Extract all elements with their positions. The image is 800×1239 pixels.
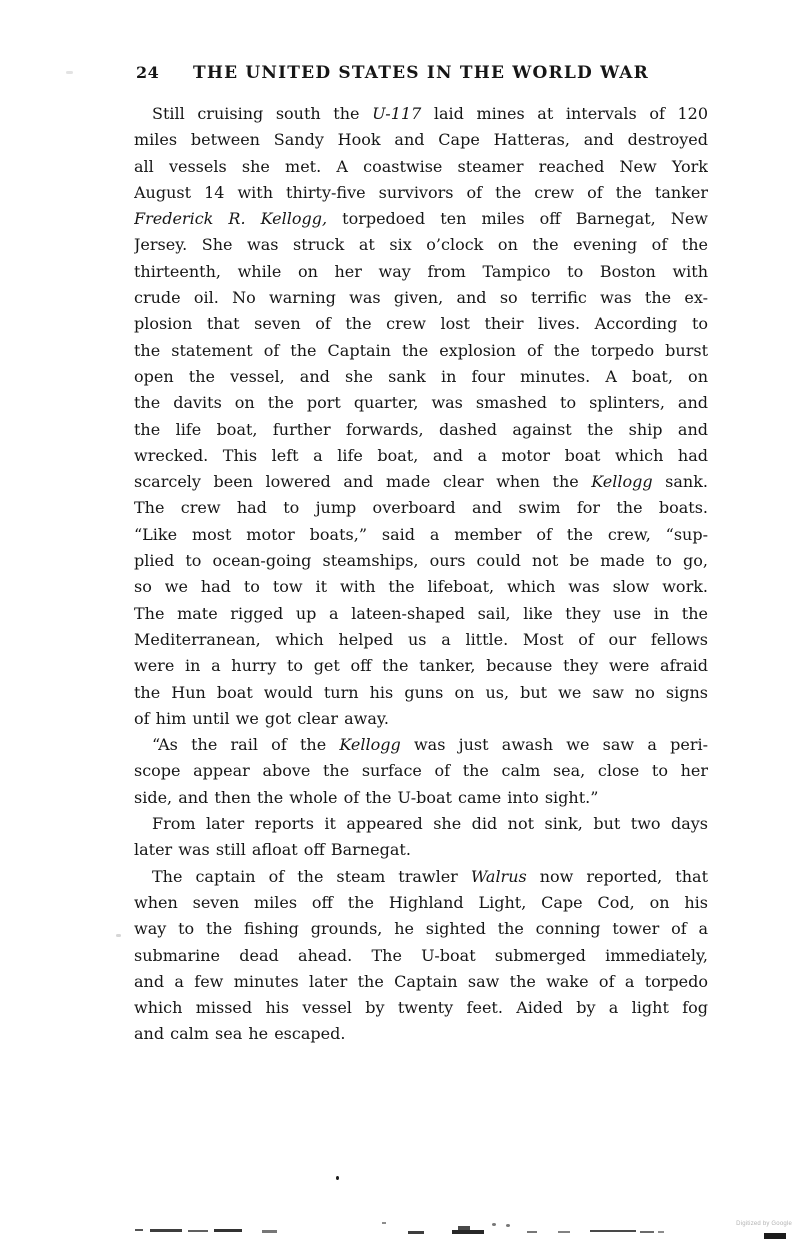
text-line: the statement of the Captain the explosi… bbox=[134, 338, 708, 364]
text-line: plied to ocean-going steamships, ours co… bbox=[134, 548, 708, 574]
text-line: open the vessel, and she sank in four mi… bbox=[134, 364, 708, 390]
scan-smudge bbox=[640, 1231, 654, 1233]
text-line: The captain of the steam trawler Walrus … bbox=[134, 864, 708, 890]
text-line: The crew had to jump overboard and swim … bbox=[134, 495, 708, 521]
text-line: way to the fishing grounds, he sighted t… bbox=[134, 916, 708, 942]
text-line: later was still afloat off Barnegat. bbox=[134, 837, 708, 863]
text-line: thirteenth, while on her way from Tampic… bbox=[134, 259, 708, 285]
scan-smudge bbox=[135, 1229, 143, 1231]
page-number: 24 bbox=[136, 62, 159, 84]
text-line: were in a hurry to get off the tanker, b… bbox=[134, 653, 708, 679]
scan-smudge bbox=[188, 1230, 208, 1232]
scan-smudge bbox=[558, 1231, 570, 1233]
page-title: THE UNITED STATES IN THE WORLD WAR bbox=[134, 62, 708, 84]
text-line: and calm sea he escaped. bbox=[134, 1021, 708, 1047]
text-line: all vessels she met. A coastwise steamer… bbox=[134, 154, 708, 180]
paragraph: Still cruising south the U-117 laid mine… bbox=[134, 101, 708, 732]
text-line: which missed his vessel by twenty feet. … bbox=[134, 995, 708, 1021]
scan-smudge bbox=[408, 1231, 424, 1234]
text-line: Jersey. She was struck at six o’clock on… bbox=[134, 232, 708, 258]
text-line: and a few minutes later the Captain saw … bbox=[134, 969, 708, 995]
running-header: 24 THE UNITED STATES IN THE WORLD WAR bbox=[134, 62, 708, 84]
page-body: Still cruising south the U-117 laid mine… bbox=[134, 101, 708, 1048]
text-line: wrecked. This left a life boat, and a mo… bbox=[134, 443, 708, 469]
text-line: when seven miles off the Highland Light,… bbox=[134, 890, 708, 916]
text-line: The mate rigged up a lateen-shaped sail,… bbox=[134, 601, 708, 627]
scan-smudge bbox=[382, 1222, 386, 1224]
scan-smudge bbox=[150, 1229, 182, 1232]
scanned-book-page: 24 THE UNITED STATES IN THE WORLD WAR St… bbox=[0, 0, 800, 1239]
text-line: submarine dead ahead. The U-boat submerg… bbox=[134, 943, 708, 969]
scan-smudge bbox=[506, 1224, 510, 1227]
text-line: Still cruising south the U-117 laid mine… bbox=[134, 101, 708, 127]
scan-smudge bbox=[214, 1229, 242, 1232]
text-line: the Hun boat would turn his guns on us, … bbox=[134, 680, 708, 706]
scan-smudge bbox=[658, 1231, 664, 1233]
text-line: “As the rail of the Kellogg was just awa… bbox=[134, 732, 708, 758]
scan-smudge bbox=[590, 1230, 636, 1232]
text-line: the davits on the port quarter, was smas… bbox=[134, 390, 708, 416]
text-line: plosion that seven of the crew lost thei… bbox=[134, 311, 708, 337]
scan-smudge bbox=[492, 1223, 496, 1226]
paragraph: The captain of the steam trawler Walrus … bbox=[134, 864, 708, 1048]
text-line: the life boat, further forwards, dashed … bbox=[134, 417, 708, 443]
scan-smudge bbox=[262, 1230, 277, 1233]
text-line: side, and then the whole of the U-boat c… bbox=[134, 785, 708, 811]
text-line: Frederick R. Kellogg, torpedoed ten mile… bbox=[134, 206, 708, 232]
scan-smudge bbox=[452, 1230, 484, 1234]
text-line: miles between Sandy Hook and Cape Hatter… bbox=[134, 127, 708, 153]
ink-speck bbox=[66, 71, 73, 74]
corner-scan-block bbox=[764, 1233, 786, 1239]
text-line: so we had to tow it with the lifeboat, w… bbox=[134, 574, 708, 600]
paragraph: From later reports it appeared she did n… bbox=[134, 811, 708, 864]
text-line: August 14 with thirty-five survivors of … bbox=[134, 180, 708, 206]
text-line: Mediterranean, which helped us a little.… bbox=[134, 627, 708, 653]
scan-smudge bbox=[527, 1231, 537, 1233]
ink-speck bbox=[116, 934, 121, 937]
text-line: From later reports it appeared she did n… bbox=[134, 811, 708, 837]
text-line: scope appear above the surface of the ca… bbox=[134, 758, 708, 784]
text-line: of him until we got clear away. bbox=[134, 706, 708, 732]
paragraph: “As the rail of the Kellogg was just awa… bbox=[134, 732, 708, 811]
stray-dot-mark bbox=[336, 1176, 339, 1180]
text-line: crude oil. No warning was given, and so … bbox=[134, 285, 708, 311]
digitized-by-google-watermark: Digitized by Google bbox=[736, 1221, 792, 1227]
text-line: “Like most motor boats,” said a member o… bbox=[134, 522, 708, 548]
text-line: scarcely been lowered and made clear whe… bbox=[134, 469, 708, 495]
